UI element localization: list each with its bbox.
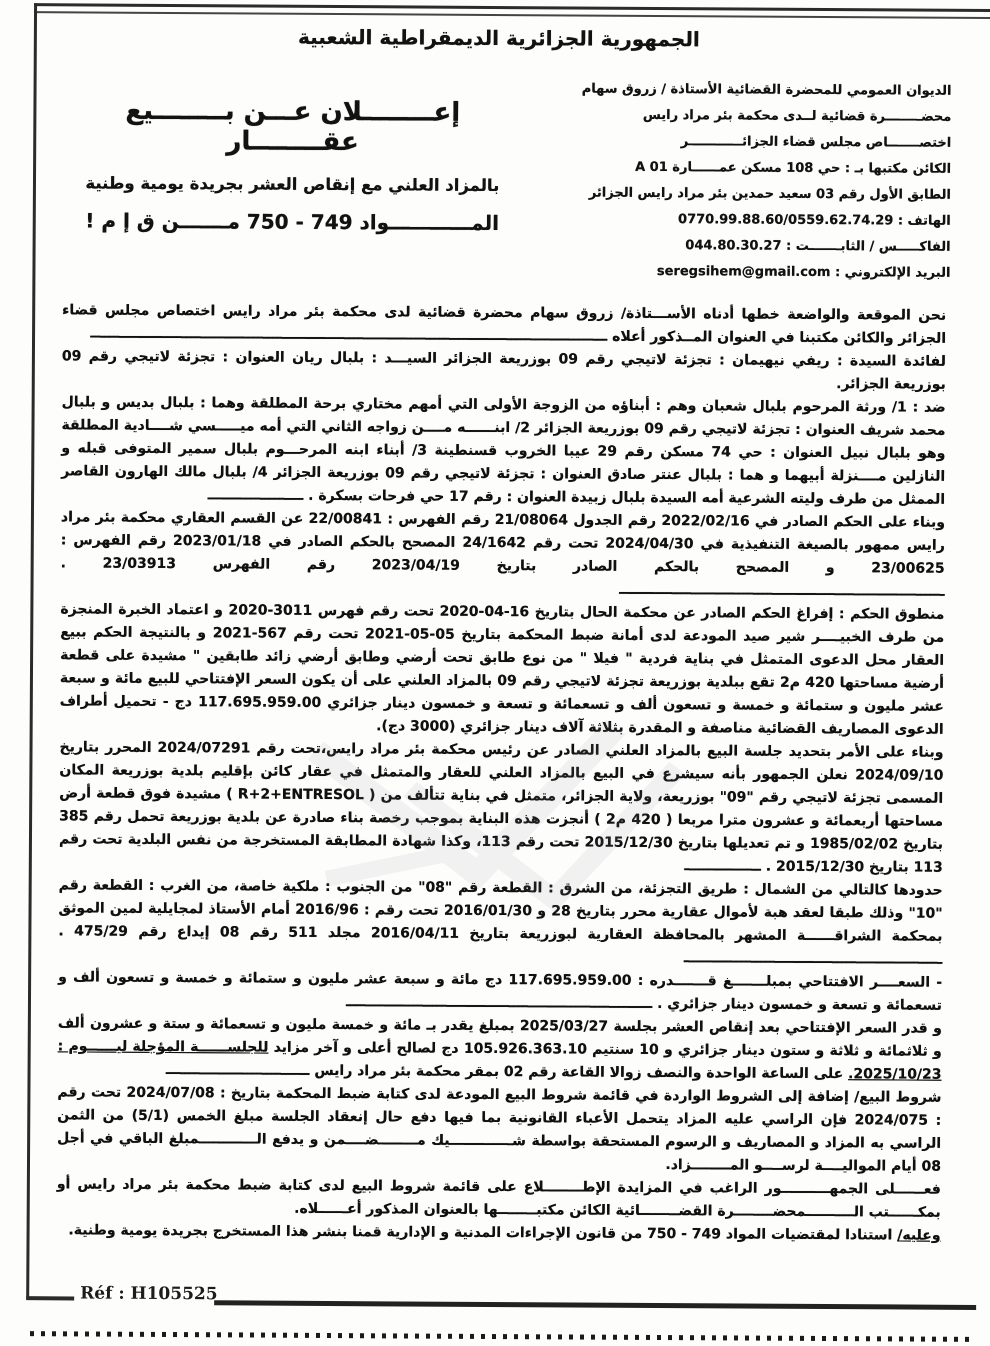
body-paragraph: نحن الموقعة والواضعة خطها أدناه الأســـت… bbox=[62, 299, 946, 350]
office-email: البريد الإلكتروني : seregsihem@gmail.com bbox=[523, 258, 950, 287]
body-paragraph: لفائدة السيدة : ريفي نيهيمان : تجزئة لات… bbox=[62, 345, 946, 396]
announcement-body: نحن الموقعة والواضعة خطها أدناه الأســـت… bbox=[57, 299, 947, 1247]
body-paragraph: و قدر السعر الإفتتاحي بعد إنقاص العشر بج… bbox=[57, 1012, 941, 1086]
body-paragraph: - السعــــر الافتتاحي بمبلـــــــغ قــــ… bbox=[58, 966, 942, 1017]
bailiff-contact-block: الديوان العمومي للمحضرة القضائية الأستاذ… bbox=[523, 76, 951, 287]
page-border-left bbox=[26, 3, 37, 1299]
body-paragraph: ضد : 1/ ورثة المرحوم بلبال شعبان وهم : أ… bbox=[61, 391, 946, 511]
body-paragraph: شروط البيع/ إضافة إلى الشروط الواردة في … bbox=[57, 1081, 942, 1178]
announcement-title-line-3: المــــــــــــواد 749 - 750 مـــــــن ق… bbox=[61, 208, 524, 235]
office-line: اختصـــــــاص مجلس قضاء الجزائــــــــــ… bbox=[524, 128, 951, 157]
body-paragraph: حدودها كالتالي من الشمال : طريق التجزئة،… bbox=[58, 874, 943, 971]
body-paragraph: وبناء على الحكم الصادر في 2022/02/16 رقم… bbox=[60, 506, 945, 603]
body-paragraph: وبناء على الأمر بتحديد جلسة البيع بالمزا… bbox=[59, 736, 944, 879]
scanned-document-page: الجمهورية الجزائرية الديمقراطية الشعبية … bbox=[0, 0, 990, 1346]
office-fax: الفاكـــــس / الثابـــــــت : 044.80.30.… bbox=[523, 232, 950, 261]
header-columns: إعــــــــلان عـــن بــــــــيع عقــــــ… bbox=[60, 73, 951, 286]
office-line: الديوان العمومي للمحضرة القضائية الأستاذ… bbox=[524, 76, 951, 105]
page-border-top-outer bbox=[34, 3, 990, 12]
page-border-top-inner bbox=[34, 11, 990, 19]
office-line: الطابق الأول رقم 03 سعيد حمدين بئر مراد … bbox=[524, 180, 951, 209]
office-line: محضــــــــرة قضائية لــدى محكمة بئر مرا… bbox=[524, 102, 951, 131]
body-paragraph: فعــــــلى الجمهــــــــــور الراغب في ا… bbox=[57, 1173, 941, 1224]
bottom-perforation-dots bbox=[30, 1331, 970, 1342]
announcement-title-block: إعــــــــلان عـــن بــــــــيع عقــــــ… bbox=[60, 73, 524, 284]
body-paragraph: وعليه/ استنادا لمقتضيات المواد 749 - 750… bbox=[57, 1219, 941, 1247]
announcement-title-line-1: إعــــــــلان عـــن بــــــــيع عقــــــ… bbox=[61, 95, 524, 158]
office-line: الكائن مكتبها بـ : حي 108 مسكن عمــــــا… bbox=[524, 154, 951, 183]
body-paragraph: منطوق الحكم : إفراغ الحكم الصادر عن محكم… bbox=[60, 598, 945, 741]
announcement-title-line-2: بالمزاد العلني مع إنقاص العشر بجريدة يوم… bbox=[61, 173, 524, 195]
republic-title: الجمهورية الجزائرية الديمقراطية الشعبية bbox=[74, 23, 924, 52]
footer-rule-line bbox=[214, 1300, 976, 1310]
reference-label: Réf : H105525 bbox=[80, 1283, 218, 1304]
office-phone: الهاتف : 0770.99.88.60/0559.62.74.29 bbox=[523, 206, 950, 235]
page-border-bottom-left-corner bbox=[26, 1296, 74, 1300]
